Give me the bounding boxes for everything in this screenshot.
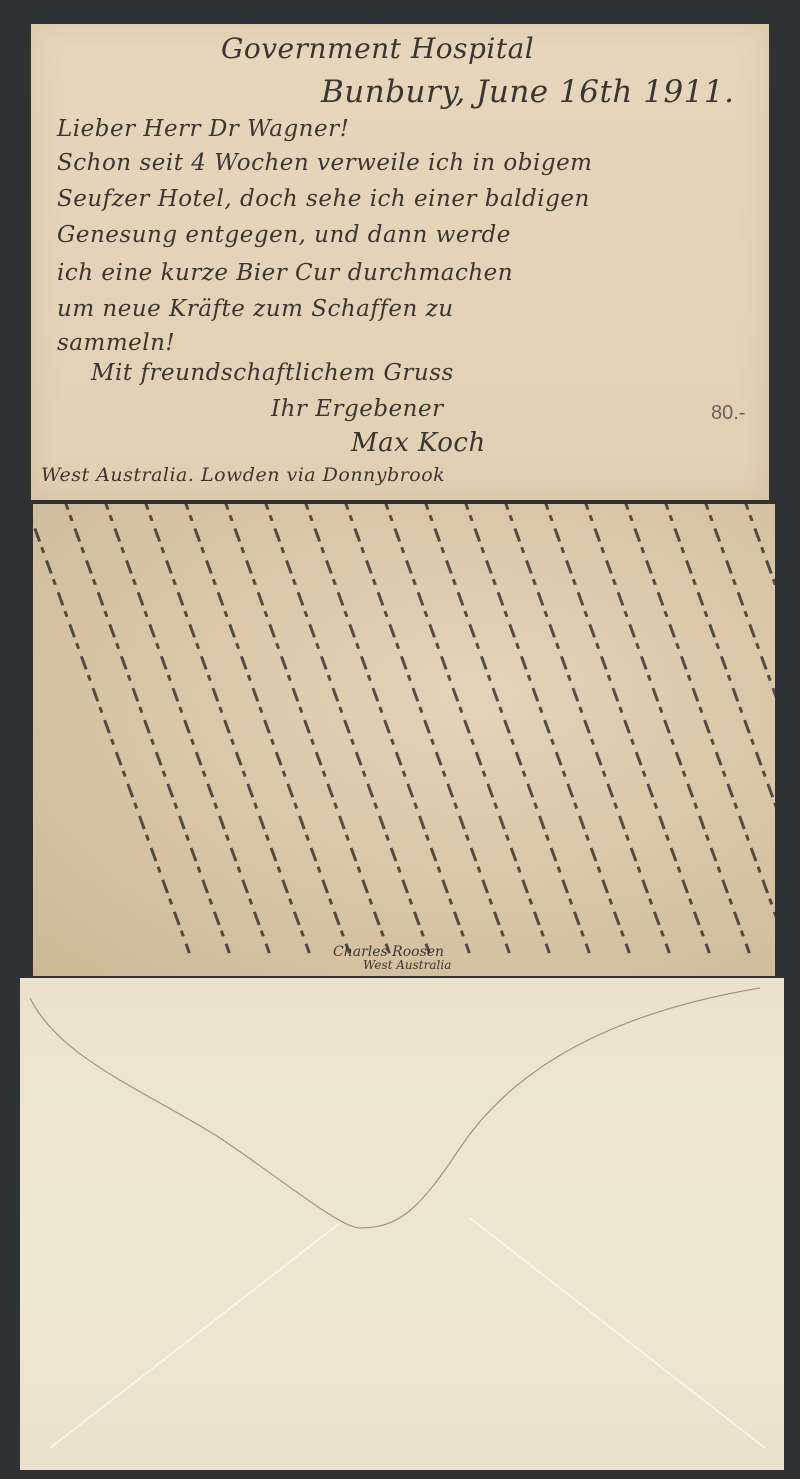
- letter-salutation: Lieber Herr Dr Wagner!: [57, 116, 349, 142]
- letter-line: Schon seit 4 Wochen verweile ich in obig…: [57, 150, 593, 176]
- letter-closing-ergebener: Ihr Ergebener: [271, 396, 444, 422]
- letter-line: ich eine kurze Bier Cur durchmachen: [57, 260, 513, 286]
- letter-line: Genesung entgegen, und dann werde: [57, 222, 511, 248]
- letter-heading-date: Bunbury, June 16th 1911.: [321, 74, 734, 110]
- postcard-front: Government Hospital Bunbury, June 16th 1…: [31, 24, 769, 500]
- envelope-back: [20, 978, 784, 1470]
- letter-line: sammeln!: [57, 330, 175, 356]
- cross-written-text: [33, 504, 775, 976]
- letter-line: um neue Kräfte zum Schaffen zu: [57, 296, 454, 322]
- postcard-back: Charles Roosen West Australia: [33, 504, 775, 976]
- letter-address: West Australia. Lowden via Donnybrook: [41, 464, 445, 486]
- letter-line: Seufzer Hotel, doch sehe ich einer baldi…: [57, 186, 590, 212]
- letter-heading-hospital: Government Hospital: [221, 32, 534, 65]
- letter-closing: Mit freundschaftlichem Gruss: [91, 360, 454, 386]
- price-note: 80.-: [711, 402, 745, 425]
- envelope-flap-lines: [20, 978, 784, 1470]
- letter-signature: Max Koch: [351, 428, 486, 458]
- back-signature-place: West Australia: [363, 958, 451, 972]
